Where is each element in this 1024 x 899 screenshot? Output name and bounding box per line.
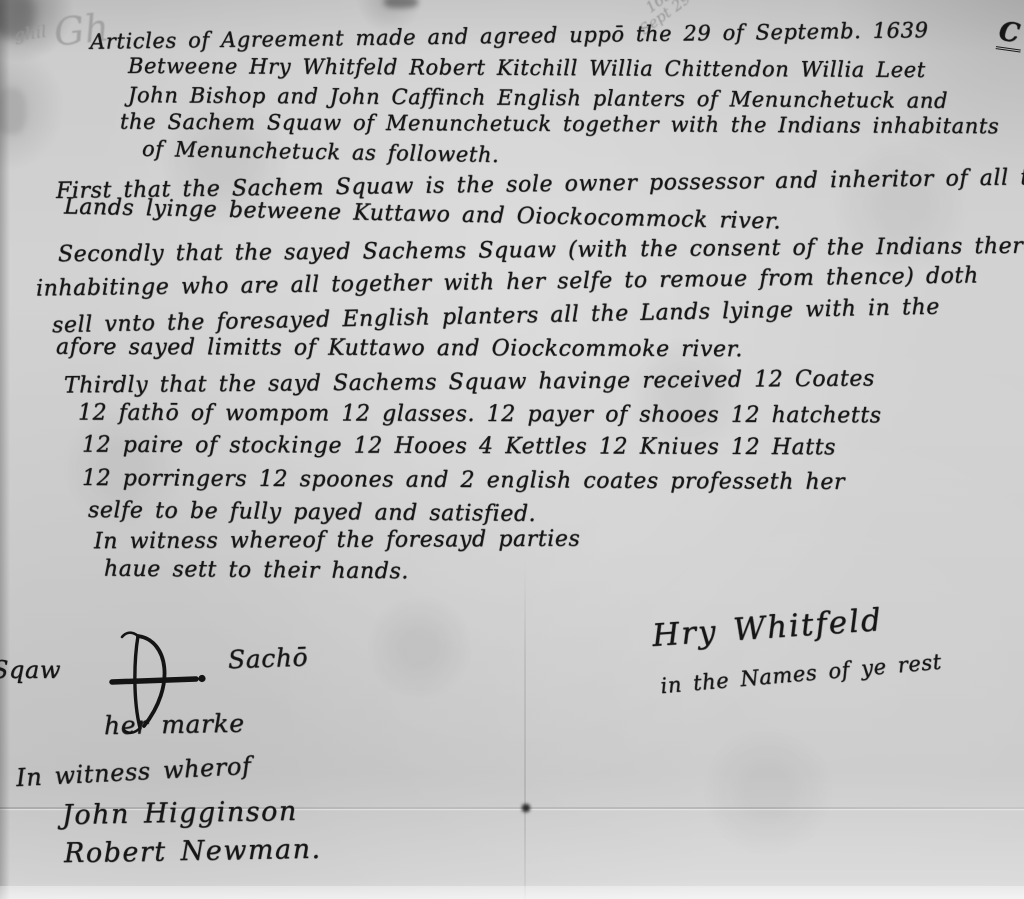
body-line-4: the Sachem Squaw of Menunchetuck togethe…	[120, 110, 999, 139]
body-line-11: afore sayed limitts of Kuttawo and Oiock…	[56, 335, 743, 362]
body-line-7: Lands lyinge betweene Kuttawo and Oiocko…	[64, 194, 782, 234]
signature-squaw-label: Sqaw	[0, 656, 61, 684]
body-line-15: 12 porringers 12 spoones and 2 english c…	[82, 466, 845, 495]
body-line-14: 12 paire of stockinge 12 Hooes 4 Kettles…	[82, 433, 836, 461]
vertical-fold-crease	[524, 560, 526, 899]
signature-witness-1: John Higginson	[62, 796, 298, 831]
mark-caption: her marke	[104, 709, 245, 740]
photo-edge-shadow	[0, 0, 10, 899]
body-line-16: selfe to be fully payed and satisfied.	[88, 498, 536, 527]
page-mark: C	[996, 16, 1024, 49]
body-line-10: sell vnto the foresayed English planters…	[52, 295, 940, 339]
body-line-18: haue sett to their hands.	[104, 557, 409, 585]
body-line-12: Thirdly that the sayd Sachems Squaw havi…	[64, 366, 875, 398]
witness-heading: In witness wherof	[15, 752, 252, 792]
body-line-17: In witness whereof the foresayd parties	[94, 527, 581, 555]
body-line-13: 12 fathō of wompom 12 glasses. 12 payer …	[78, 401, 882, 429]
body-line-5: of Menunchetuck as followeth.	[142, 137, 500, 167]
signature-witness-2: Robert Newman.	[64, 834, 322, 869]
body-line-8: Secondly that the sayed Sachems Squaw (w…	[58, 234, 1024, 268]
body-line-1: Articles of Agreement made and agreed up…	[90, 18, 929, 54]
body-line-2: Betweene Hry Whitfeld Robert Kitchill Wi…	[128, 54, 926, 82]
body-line-3: John Bishop and John Caffinch English pl…	[128, 83, 948, 113]
archival-pencil-note: ghil	[13, 22, 48, 46]
signature-whitfield-subscript: in the Names of ye rest	[659, 650, 942, 699]
page-bottom-edge	[0, 886, 1024, 899]
signature-sachem: Sachō	[228, 643, 309, 675]
top-edge-smudge	[384, 0, 418, 8]
signature-whitfield: Hry Whitfeld	[651, 602, 884, 654]
manuscript-page: ghil Gh 1639 Sept 29 C Articles of Agree…	[0, 0, 1024, 899]
